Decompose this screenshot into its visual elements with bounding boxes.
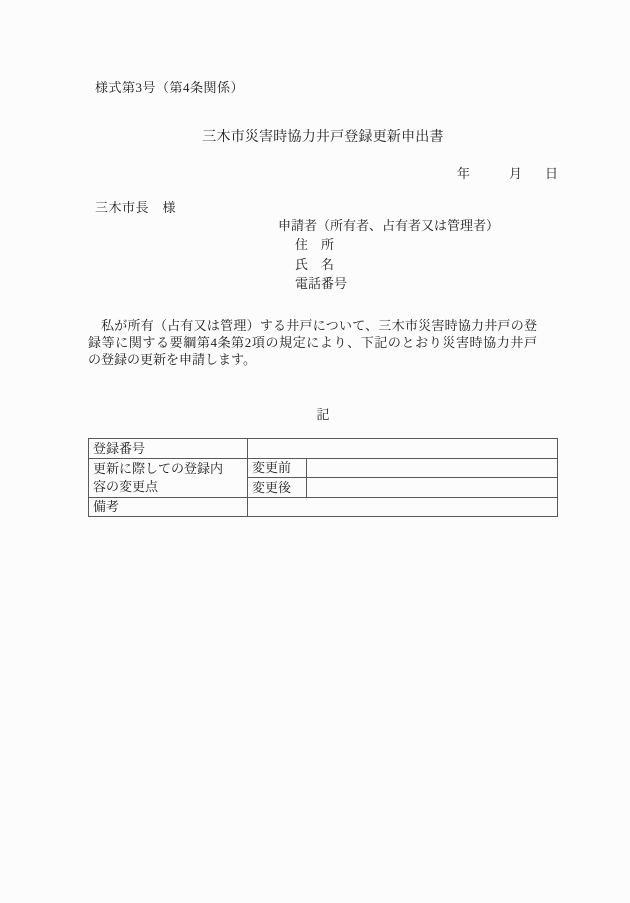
- addressee: 三木市長 様: [95, 199, 176, 216]
- registration-number-value-cell: [248, 439, 558, 459]
- registration-table: 登録番号 更新に際しての登録内 容の変更点 変更前 変更後 備考: [88, 438, 558, 517]
- before-change-value-cell: [307, 459, 558, 478]
- table-row: 登録番号: [89, 439, 558, 459]
- change-section-label-line1: 更新に際しての登録内: [93, 460, 243, 479]
- change-section-label-line2: 容の変更点: [93, 478, 243, 497]
- change-section-label-cell: 更新に際しての登録内 容の変更点: [89, 459, 248, 498]
- date-line: 年月日: [88, 165, 558, 182]
- table-row: 更新に際しての登録内 容の変更点 変更前: [89, 459, 558, 478]
- form-number: 様式第3号（第4条関係）: [95, 79, 244, 96]
- before-change-label-cell: 変更前: [248, 459, 307, 478]
- body-paragraph: 私が所有（占有又は管理）する井戸について、三木市災害時協力井戸の登 録等に関する…: [88, 318, 537, 368]
- paragraph-line: の登録の更新を申請します。: [88, 352, 537, 369]
- applicant-fields: 住 所 氏 名 電話番号: [278, 235, 499, 293]
- registration-number-label-cell: 登録番号: [89, 439, 248, 459]
- date-month-label: 月: [509, 166, 522, 181]
- after-change-label-cell: 変更後: [248, 478, 307, 498]
- ki-heading: 記: [88, 406, 558, 423]
- remarks-value-cell: [248, 498, 558, 517]
- date-year-label: 年: [457, 166, 470, 181]
- applicant-block: 申請者（所有者、占有者又は管理者） 住 所 氏 名 電話番号: [278, 216, 499, 293]
- applicant-address-label: 住 所: [295, 235, 499, 254]
- remarks-label-cell: 備考: [89, 498, 248, 517]
- applicant-heading: 申請者（所有者、占有者又は管理者）: [278, 216, 499, 235]
- table-row: 備考: [89, 498, 558, 517]
- document-title: 三木市災害時協力井戸登録更新申出書: [88, 129, 558, 146]
- after-change-value-cell: [307, 478, 558, 498]
- paragraph-line: 録等に関する要綱第4条第2項の規定により、下記のとおり災害時協力井戸: [88, 335, 537, 352]
- applicant-phone-label: 電話番号: [295, 274, 499, 293]
- document-page: 様式第3号（第4条関係） 三木市災害時協力井戸登録更新申出書 年月日 三木市長 …: [0, 0, 630, 903]
- applicant-name-label: 氏 名: [295, 255, 499, 274]
- paragraph-line: 私が所有（占有又は管理）する井戸について、三木市災害時協力井戸の登: [88, 318, 537, 335]
- date-day-label: 日: [545, 166, 558, 181]
